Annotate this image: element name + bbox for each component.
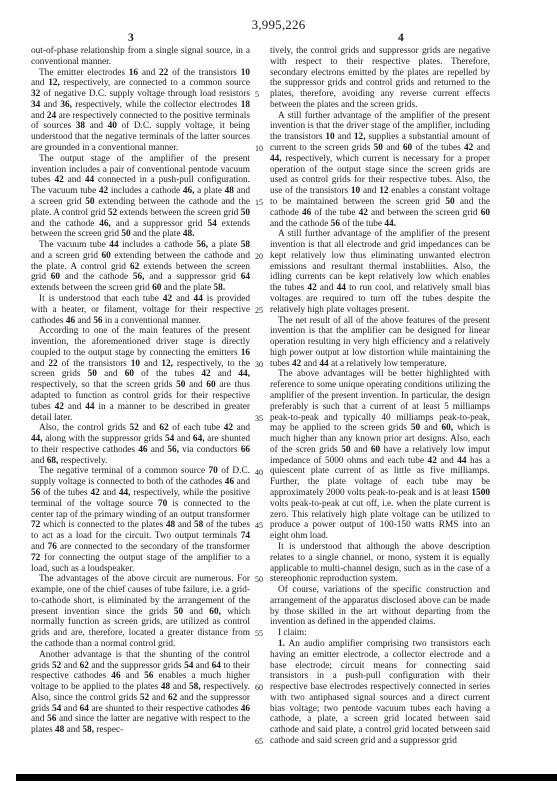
paragraph: A still further advantage of the amplifi… [270,111,490,230]
line-number: 30 [255,360,263,370]
line-number: 40 [255,468,263,478]
line-number: 20 [255,252,263,262]
paragraph: It is understood that each tube 42 and 4… [31,294,250,326]
column-number-right: 4 [398,32,404,44]
line-number: 5 [255,90,259,100]
patent-number: 3,995,226 [0,17,557,33]
paragraph: The emitter electrodes 16 and 22 of the … [31,68,250,154]
left-text-column: out-of-phase relationship from a single … [31,46,250,736]
paragraph: The advantages of the above circuit are … [31,574,250,649]
line-number: 45 [255,521,263,531]
line-number: 65 [255,737,263,747]
paragraph: The net result of all of the above featu… [270,316,490,370]
line-number: 55 [255,629,263,639]
right-text-column: tively, the control grids and suppressor… [270,46,490,747]
column-number-left: 3 [128,32,134,44]
line-number: 15 [255,198,263,208]
paragraph: tively, the control grids and suppressor… [270,46,490,111]
paragraph: 1. An audio amplifier comprising two tra… [270,639,490,747]
paragraph: The output stage of the amplifier of the… [31,154,250,240]
paragraph: According to one of the main features of… [31,326,250,423]
line-number: 50 [255,575,263,585]
line-number: 35 [255,414,263,424]
paragraph: Also, the control grids 52 and 62 of eac… [31,423,250,466]
paragraph: The negative terminal of a common source… [31,466,250,574]
paragraph: Another advantage is that the shunting o… [31,650,250,736]
paragraph: out-of-phase relationship from a single … [31,46,250,68]
line-number: 10 [255,144,263,154]
paragraph: A still further advantage of the amplifi… [270,229,490,315]
bottom-rule [16,774,557,781]
paragraph: Of course, variations of the specific co… [270,585,490,628]
line-number: 25 [255,306,263,316]
paragraph: It is understood that although the above… [270,542,490,585]
line-number: 60 [255,683,263,693]
paragraph: The above advantages will be better high… [270,369,490,542]
paragraph: The vacuum tube 44 includes a cathode 56… [31,240,250,294]
paragraph: I claim: [270,628,490,639]
